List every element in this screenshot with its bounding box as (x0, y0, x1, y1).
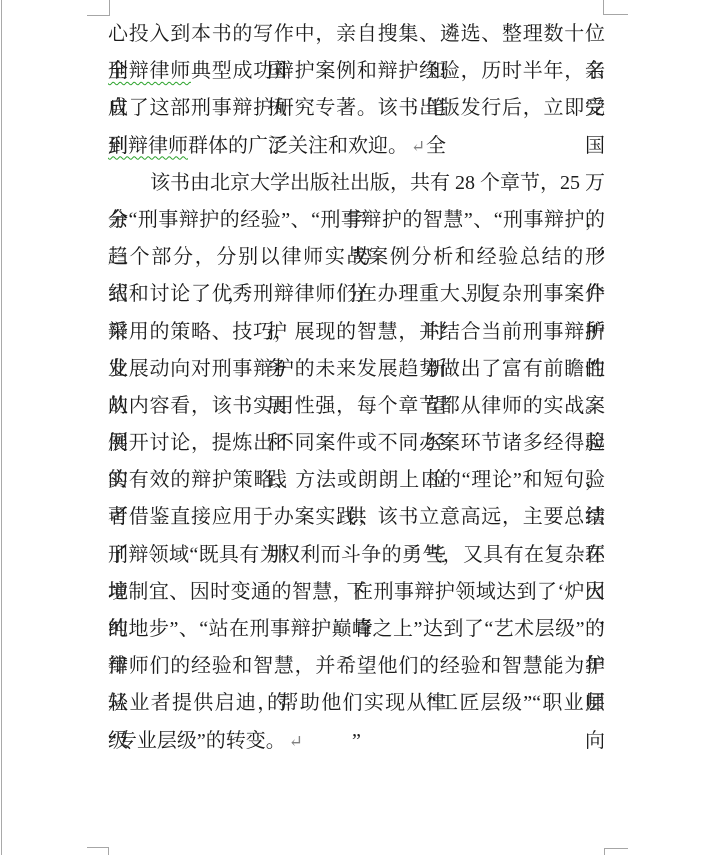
text-line[interactable]: 发展动向对刑事辩护的未来发展趋势做出了富有前瞻性的展望。 (108, 351, 605, 388)
text-line[interactable]: 展开讨论，提炼出不同案件或不同办案环节诸多经得起实践检验 (108, 425, 605, 462)
text-boundary-mark-top-left (87, 0, 110, 16)
text-boundary-mark-bottom-right (604, 848, 628, 855)
text-boundary-mark-top-right (603, 0, 628, 15)
text-line[interactable]: 绍和讨论了优秀刑辩律师们在办理重大、复杂刑事案件辩护时所 (108, 276, 605, 313)
text-line[interactable]: 心投入到本书的写作中，亲自搜集、遴选、整理数十位全国知名 (108, 16, 605, 53)
text-line[interactable]: 律师们的经验和智慧，并希望他们的经验和智慧能为年轻的律师 (108, 648, 605, 685)
paragraph-mark-icon: ↵ (411, 137, 425, 156)
text-line[interactable]: 采用的策略、技巧，展现的智慧，并结合当前刑事辩护业务新的 (108, 314, 605, 351)
text-boundary-mark-bottom-left (87, 847, 109, 855)
text-block[interactable]: 心投入到本书的写作中，亲自搜集、遴选、整理数十位全国知名刑辩律师典型成功辩护案例… (108, 16, 605, 760)
text-segment: “专业层级”的转变。 (108, 730, 286, 752)
text-line[interactable]: 从内容看，该书实用性强，每个章节都从律师的实战案例和经验 (108, 388, 605, 425)
text-line[interactable]: 刑辩领域“既具有为权利而斗争的勇气，又具有在复杂环境下因 (108, 537, 605, 574)
paragraph-mark-icon: ↵ (289, 732, 303, 751)
text-line[interactable]: 的有效的辩护策略、方法或朗朗上口的“理论”和短句，可供读 (108, 462, 605, 499)
text-segment: 群体的广泛关注和欢迎。 (188, 135, 408, 157)
text-line[interactable]: 者借鉴直接应用于办案实践；该书立意高远，主要总结了那些在 (108, 499, 605, 536)
text-line[interactable]: 从业者提供启迪，帮助他们实现从“工匠层级”“职业层级”向 (108, 685, 605, 722)
spellcheck-flagged-text: 刑辩律师 (108, 135, 188, 157)
text-line[interactable]: 刑辩律师典型成功辩护案例和辩护经验，历时半年，亲自执笔完 (108, 53, 605, 90)
text-line[interactable]: 成了这部刑事辩护研究专著。该书出版发行后，立即受到了全国 (108, 90, 605, 127)
text-line[interactable]: 分“刑事辩护的经验”、“刑事辩护的智慧”、“刑事辩护的趋势” (108, 202, 605, 239)
text-line[interactable]: 的地步”、“站在刑事辩护巅峰之上”达到了“艺术层级”的辩护 (108, 611, 605, 648)
spellcheck-flagged-text: 刑辩律师 (108, 60, 191, 82)
page-left-edge-line (1, 0, 2, 855)
text-line[interactable]: 地制宜、因时变通的智慧，在刑事辩护领域达到了‘炉火纯青’ (108, 574, 605, 611)
text-line[interactable]: 三个部分，分别以律师实战案例分析和经验总结的形式，分别介 (108, 239, 605, 276)
word-document-page: 心投入到本书的写作中，亲自搜集、遴选、整理数十位全国知名刑辩律师典型成功辩护案例… (0, 0, 712, 855)
text-line[interactable]: 该书由北京大学出版社出版，共有 28 个章节，25 万余字， (108, 165, 605, 202)
